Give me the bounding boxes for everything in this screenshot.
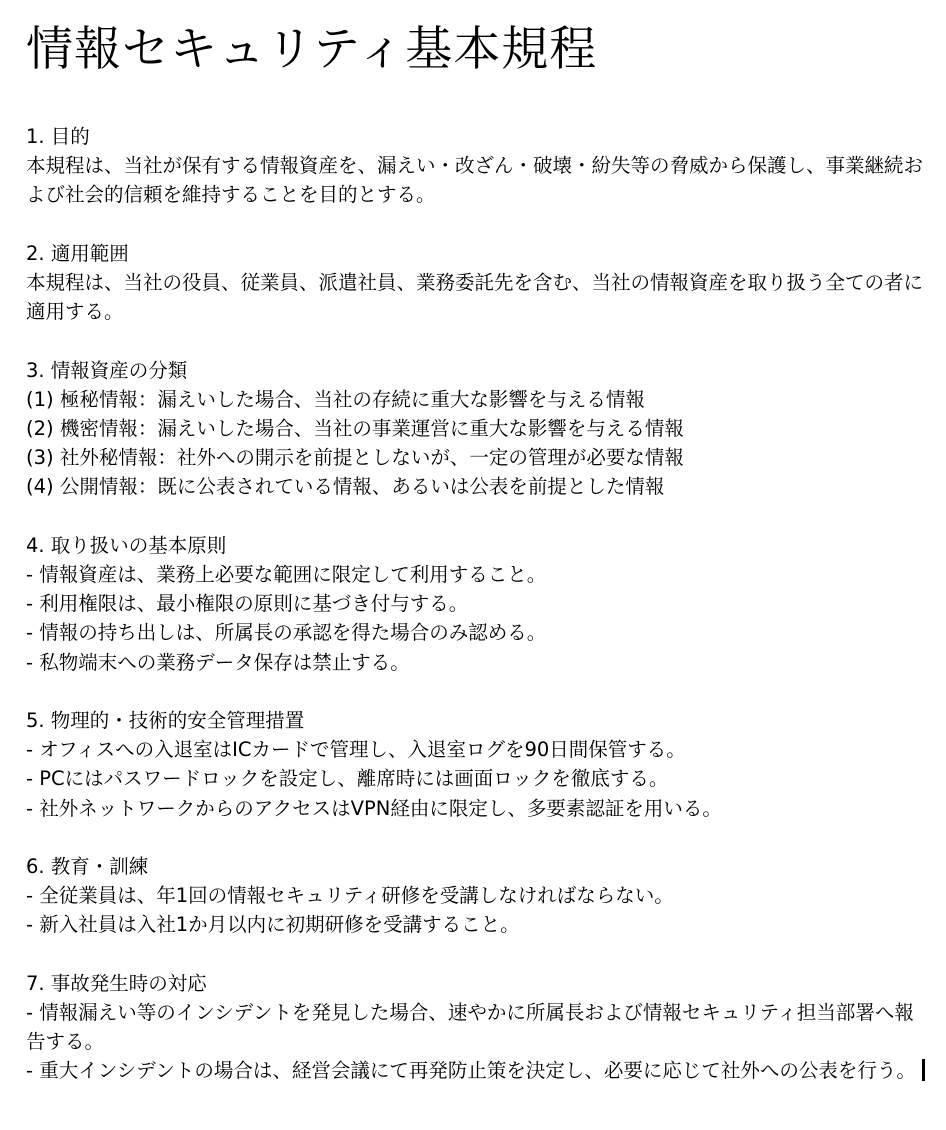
- list-item: - オフィスへの入退室はICカードで管理し、入退室ログを90日間保管する。: [26, 735, 931, 764]
- section-safety-measures: 5. 物理的・技術的安全管理措置 - オフィスへの入退室はICカードで管理し、入…: [26, 706, 931, 823]
- list-item: (1) 極秘情報：漏えいした場合、当社の存続に重大な影響を与える情報: [26, 385, 931, 414]
- list-item: (2) 機密情報：漏えいした場合、当社の事業運営に重大な影響を与える情報: [26, 414, 931, 443]
- section-heading: 2. 適用範囲: [26, 239, 931, 268]
- document-title[interactable]: 情報セキュリティ基本規程: [26, 18, 946, 82]
- text-cursor: [922, 1059, 925, 1081]
- list-item-text: - 重大インシデントの場合は、経営会議にて再発防止策を決定し、必要に応じて社外へ…: [26, 1059, 916, 1082]
- list-item: - 情報の持ち出しは、所属長の承認を得た場合のみ認める。: [26, 618, 931, 647]
- document-editor[interactable]: 情報セキュリティ基本規程 1. 目的 本規程は、当社が保有する情報資産を、漏えい…: [0, 0, 946, 1086]
- paragraph: 本規程は、当社が保有する情報資産を、漏えい・改ざん・破壊・紛失等の脅威から保護し…: [26, 151, 931, 209]
- list-item-last: - 重大インシデントの場合は、経営会議にて再発防止策を決定し、必要に応じて社外へ…: [26, 1056, 931, 1085]
- list-item: - 全従業員は、年1回の情報セキュリティ研修を受講しなければならない。: [26, 881, 931, 910]
- document-body[interactable]: 1. 目的 本規程は、当社が保有する情報資産を、漏えい・改ざん・破壊・紛失等の脅…: [26, 122, 931, 1086]
- section-heading: 5. 物理的・技術的安全管理措置: [26, 706, 931, 735]
- section-heading: 6. 教育・訓練: [26, 852, 931, 881]
- list-item: - 新入社員は入社1か月以内に初期研修を受講すること。: [26, 910, 931, 939]
- section-basic-principles: 4. 取り扱いの基本原則 - 情報資産は、業務上必要な範囲に限定して利用すること…: [26, 531, 931, 677]
- section-heading: 3. 情報資産の分類: [26, 356, 931, 385]
- section-scope: 2. 適用範囲 本規程は、当社の役員、従業員、派遣社員、業務委託先を含む、当社の…: [26, 239, 931, 327]
- list-item: (3) 社外秘情報：社外への開示を前提としないが、一定の管理が必要な情報: [26, 443, 931, 472]
- list-item: - 情報資産は、業務上必要な範囲に限定して利用すること。: [26, 560, 931, 589]
- list-item: - 利用権限は、最小権限の原則に基づき付与する。: [26, 589, 931, 618]
- list-item: - PCにはパスワードロックを設定し、離席時には画面ロックを徹底する。: [26, 764, 931, 793]
- section-heading: 7. 事故発生時の対応: [26, 969, 931, 998]
- list-item: - 社外ネットワークからのアクセスはVPN経由に限定し、多要素認証を用いる。: [26, 794, 931, 823]
- section-incident-response: 7. 事故発生時の対応 - 情報漏えい等のインシデントを発見した場合、速やかに所…: [26, 969, 931, 1086]
- section-heading: 4. 取り扱いの基本原則: [26, 531, 931, 560]
- list-item: - 情報漏えい等のインシデントを発見した場合、速やかに所属長および情報セキュリテ…: [26, 998, 931, 1056]
- section-purpose: 1. 目的 本規程は、当社が保有する情報資産を、漏えい・改ざん・破壊・紛失等の脅…: [26, 122, 931, 210]
- section-classification: 3. 情報資産の分類 (1) 極秘情報：漏えいした場合、当社の存続に重大な影響を…: [26, 356, 931, 502]
- section-heading: 1. 目的: [26, 122, 931, 151]
- list-item: (4) 公開情報：既に公表されている情報、あるいは公表を前提とした情報: [26, 472, 931, 501]
- list-item: - 私物端末への業務データ保存は禁止する。: [26, 648, 931, 677]
- paragraph: 本規程は、当社の役員、従業員、派遣社員、業務委託先を含む、当社の情報資産を取り扱…: [26, 268, 931, 326]
- section-training: 6. 教育・訓練 - 全従業員は、年1回の情報セキュリティ研修を受講しなければな…: [26, 852, 931, 940]
